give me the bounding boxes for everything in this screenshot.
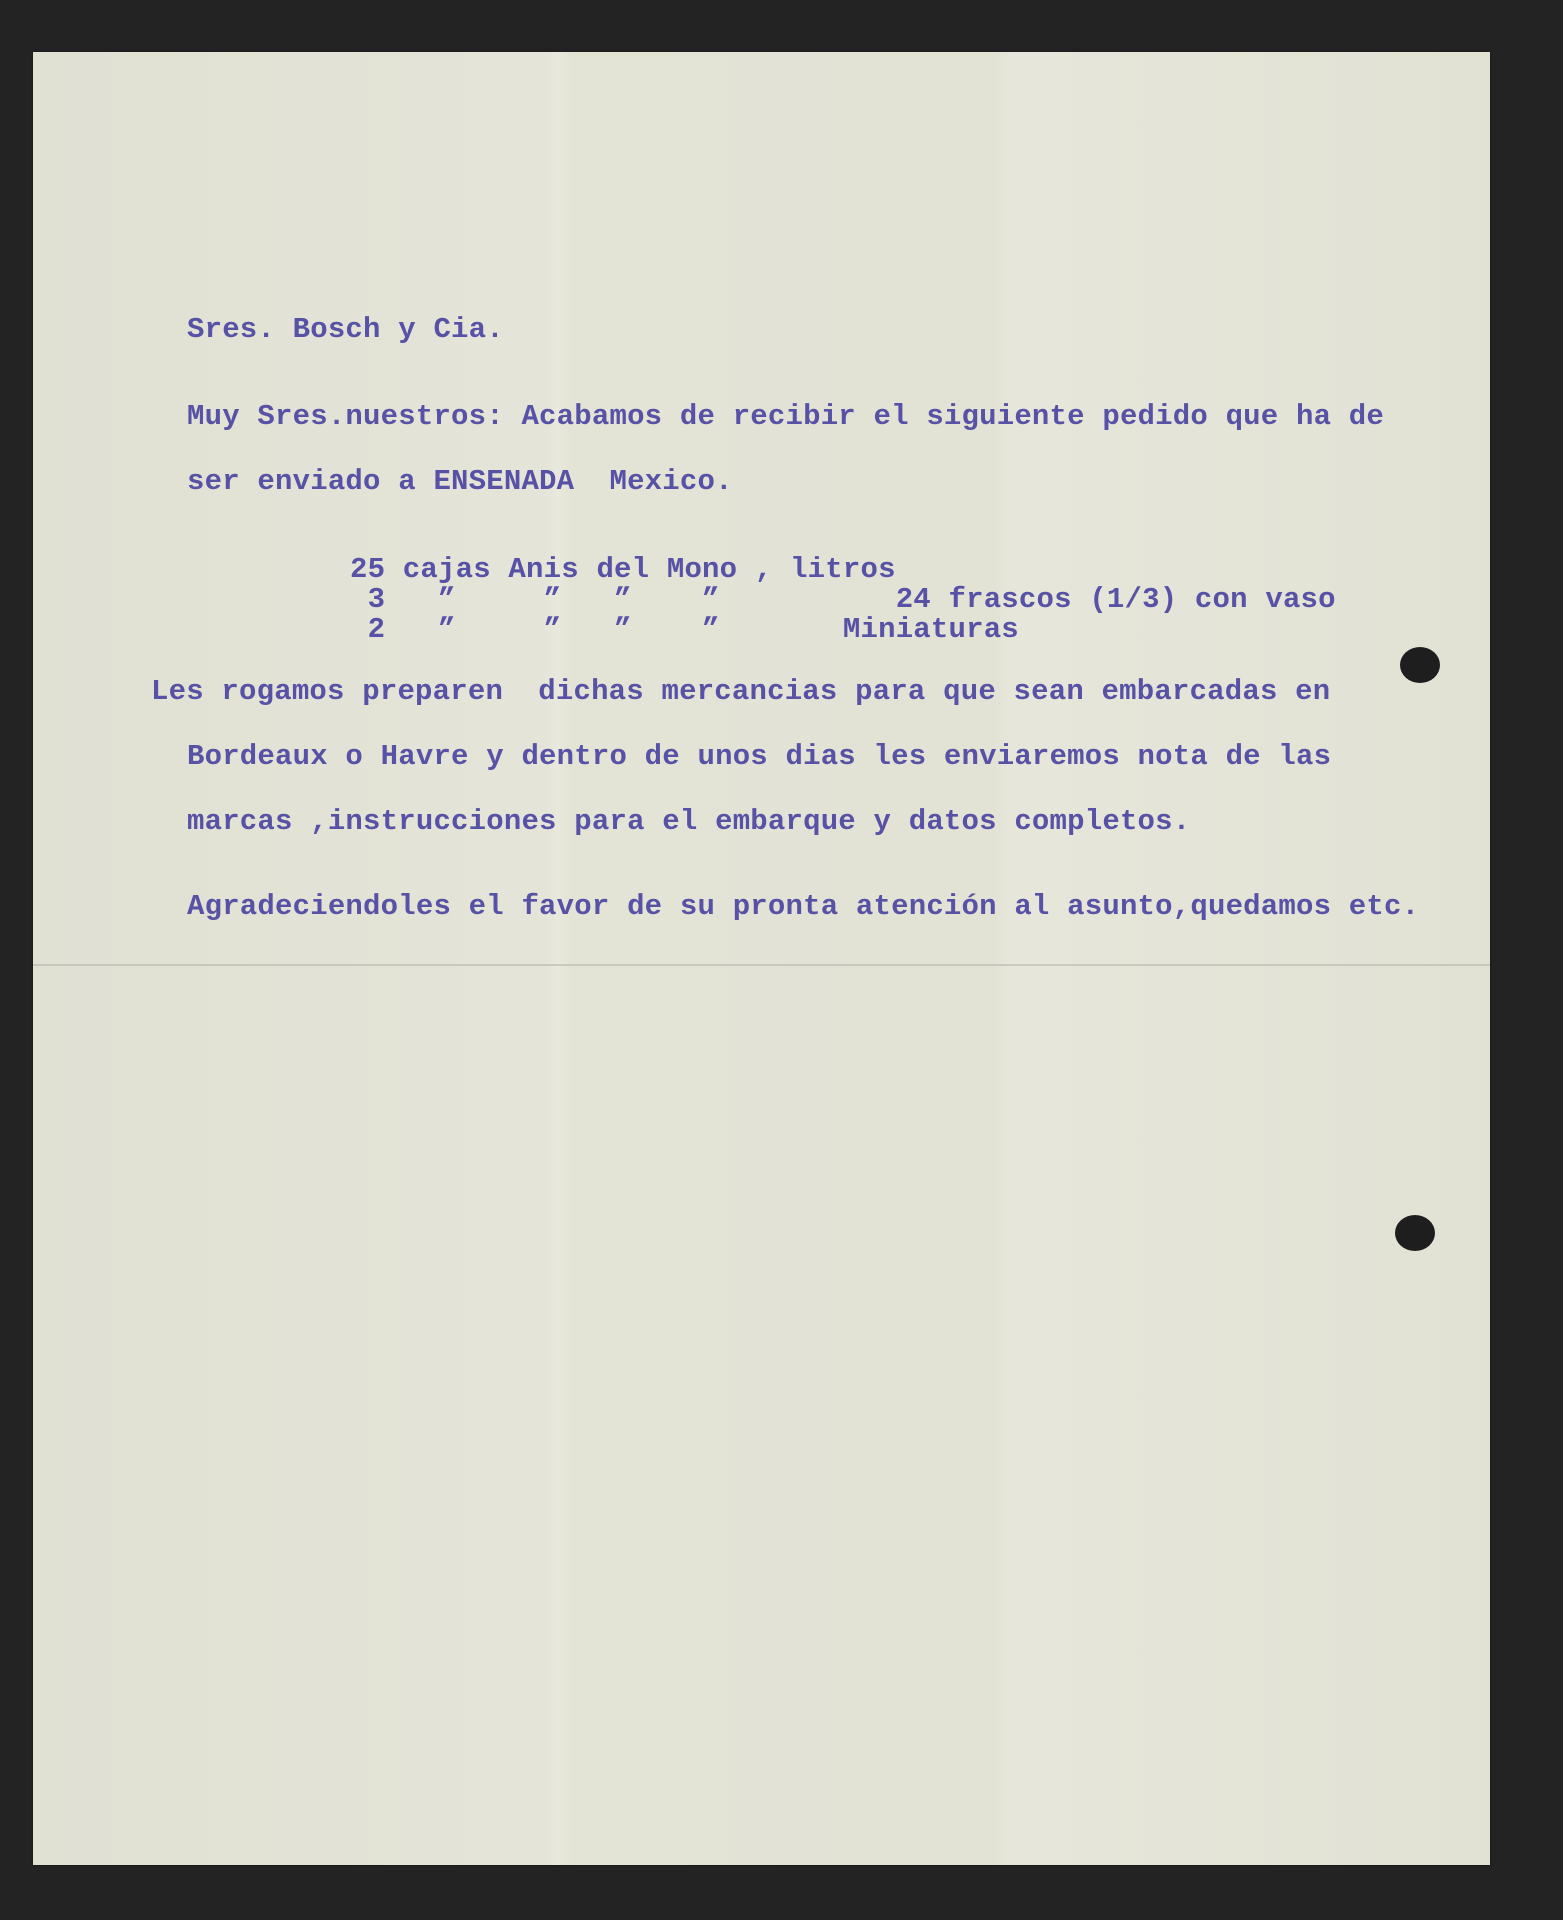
paragraph-2-line-3: marcas ,instrucciones para el embarque y…: [187, 807, 1190, 836]
order-item-2: 3 ” ” ” ” 24 frascos (1/3) con vaso: [350, 585, 1336, 614]
paragraph-1-line-1: Muy Sres.nuestros: Acabamos de recibir e…: [187, 402, 1384, 431]
recipient-address: Sres. Bosch y Cia.: [187, 315, 504, 344]
punch-hole-top: [1400, 647, 1440, 683]
paragraph-2-line-1: Les rogamos preparen dichas mercancias p…: [151, 677, 1330, 706]
order-item-3: 2 ” ” ” ” Miniaturas: [350, 615, 1019, 644]
paragraph-2-line-2: Bordeaux o Havre y dentro de unos dias l…: [187, 742, 1331, 771]
paragraph-1-line-2: ser enviado a ENSENADA Mexico.: [187, 467, 733, 496]
letter-page: Sres. Bosch y Cia. Muy Sres.nuestros: Ac…: [33, 52, 1490, 1865]
fold-crease: [33, 964, 1490, 966]
order-item-1: 25 cajas Anis del Mono , litros: [350, 555, 896, 584]
closing-line: Agradeciendoles el favor de su pronta at…: [187, 892, 1419, 921]
punch-hole-bottom: [1395, 1215, 1435, 1251]
